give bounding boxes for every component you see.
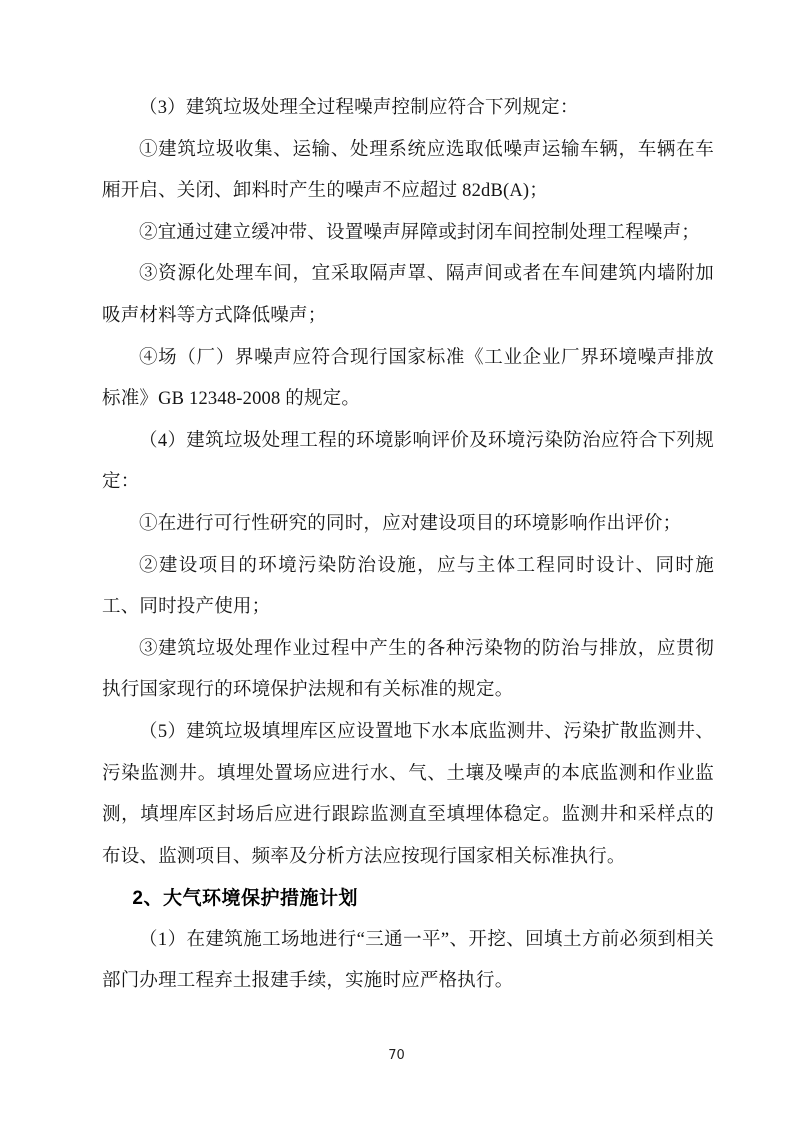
paragraph-noise-rules-intro: （3）建筑垃圾处理全过程噪声控制应符合下列规定：: [102, 88, 714, 130]
paragraph-env-impact-intro: （4）建筑垃圾处理工程的环境影响评价及环境污染防治应符合下列规定：: [102, 421, 714, 504]
paragraph-noise-item-4: ④场（厂）界噪声应符合现行国家标准《工业企业厂界环境噪声排放标准》GB 1234…: [102, 338, 714, 421]
document-page: （3）建筑垃圾处理全过程噪声控制应符合下列规定： ①建筑垃圾收集、运输、处理系统…: [0, 0, 793, 1122]
paragraph-landfill-monitoring: （5）建筑垃圾填埋库区应设置地下水本底监测井、污染扩散监测井、污染监测井。填埋处…: [102, 712, 714, 878]
paragraph-noise-item-1: ①建筑垃圾收集、运输、处理系统应选取低噪声运输车辆，车辆在车厢开启、关闭、卸料时…: [102, 130, 714, 213]
paragraph-noise-item-3: ③资源化处理车间，宜采取隔声罩、隔声间或者在车间建筑内墙附加吸声材料等方式降低噪…: [102, 254, 714, 337]
section-heading-air-protection: 2、大气环境保护措施计划: [102, 878, 714, 920]
page-number: 70: [0, 1048, 793, 1063]
paragraph-env-item-3: ③建筑垃圾处理作业过程中产生的各种污染物的防治与排放，应贯彻执行国家现行的环境保…: [102, 629, 714, 712]
paragraph-env-item-2: ②建设项目的环境污染防治设施，应与主体工程同时设计、同时施工、同时投产使用；: [102, 546, 714, 629]
paragraph-env-item-1: ①在进行可行性研究的同时，应对建设项目的环境影响作出评价；: [102, 504, 714, 546]
document-body: （3）建筑垃圾处理全过程噪声控制应符合下列规定： ①建筑垃圾收集、运输、处理系统…: [102, 88, 714, 1003]
paragraph-noise-item-2: ②宜通过建立缓冲带、设置噪声屏障或封闭车间控制处理工程噪声；: [102, 213, 714, 255]
paragraph-air-item-1: （1）在建筑施工场地进行“三通一平”、开挖、回填土方前必须到相关部门办理工程弃土…: [102, 920, 714, 1003]
